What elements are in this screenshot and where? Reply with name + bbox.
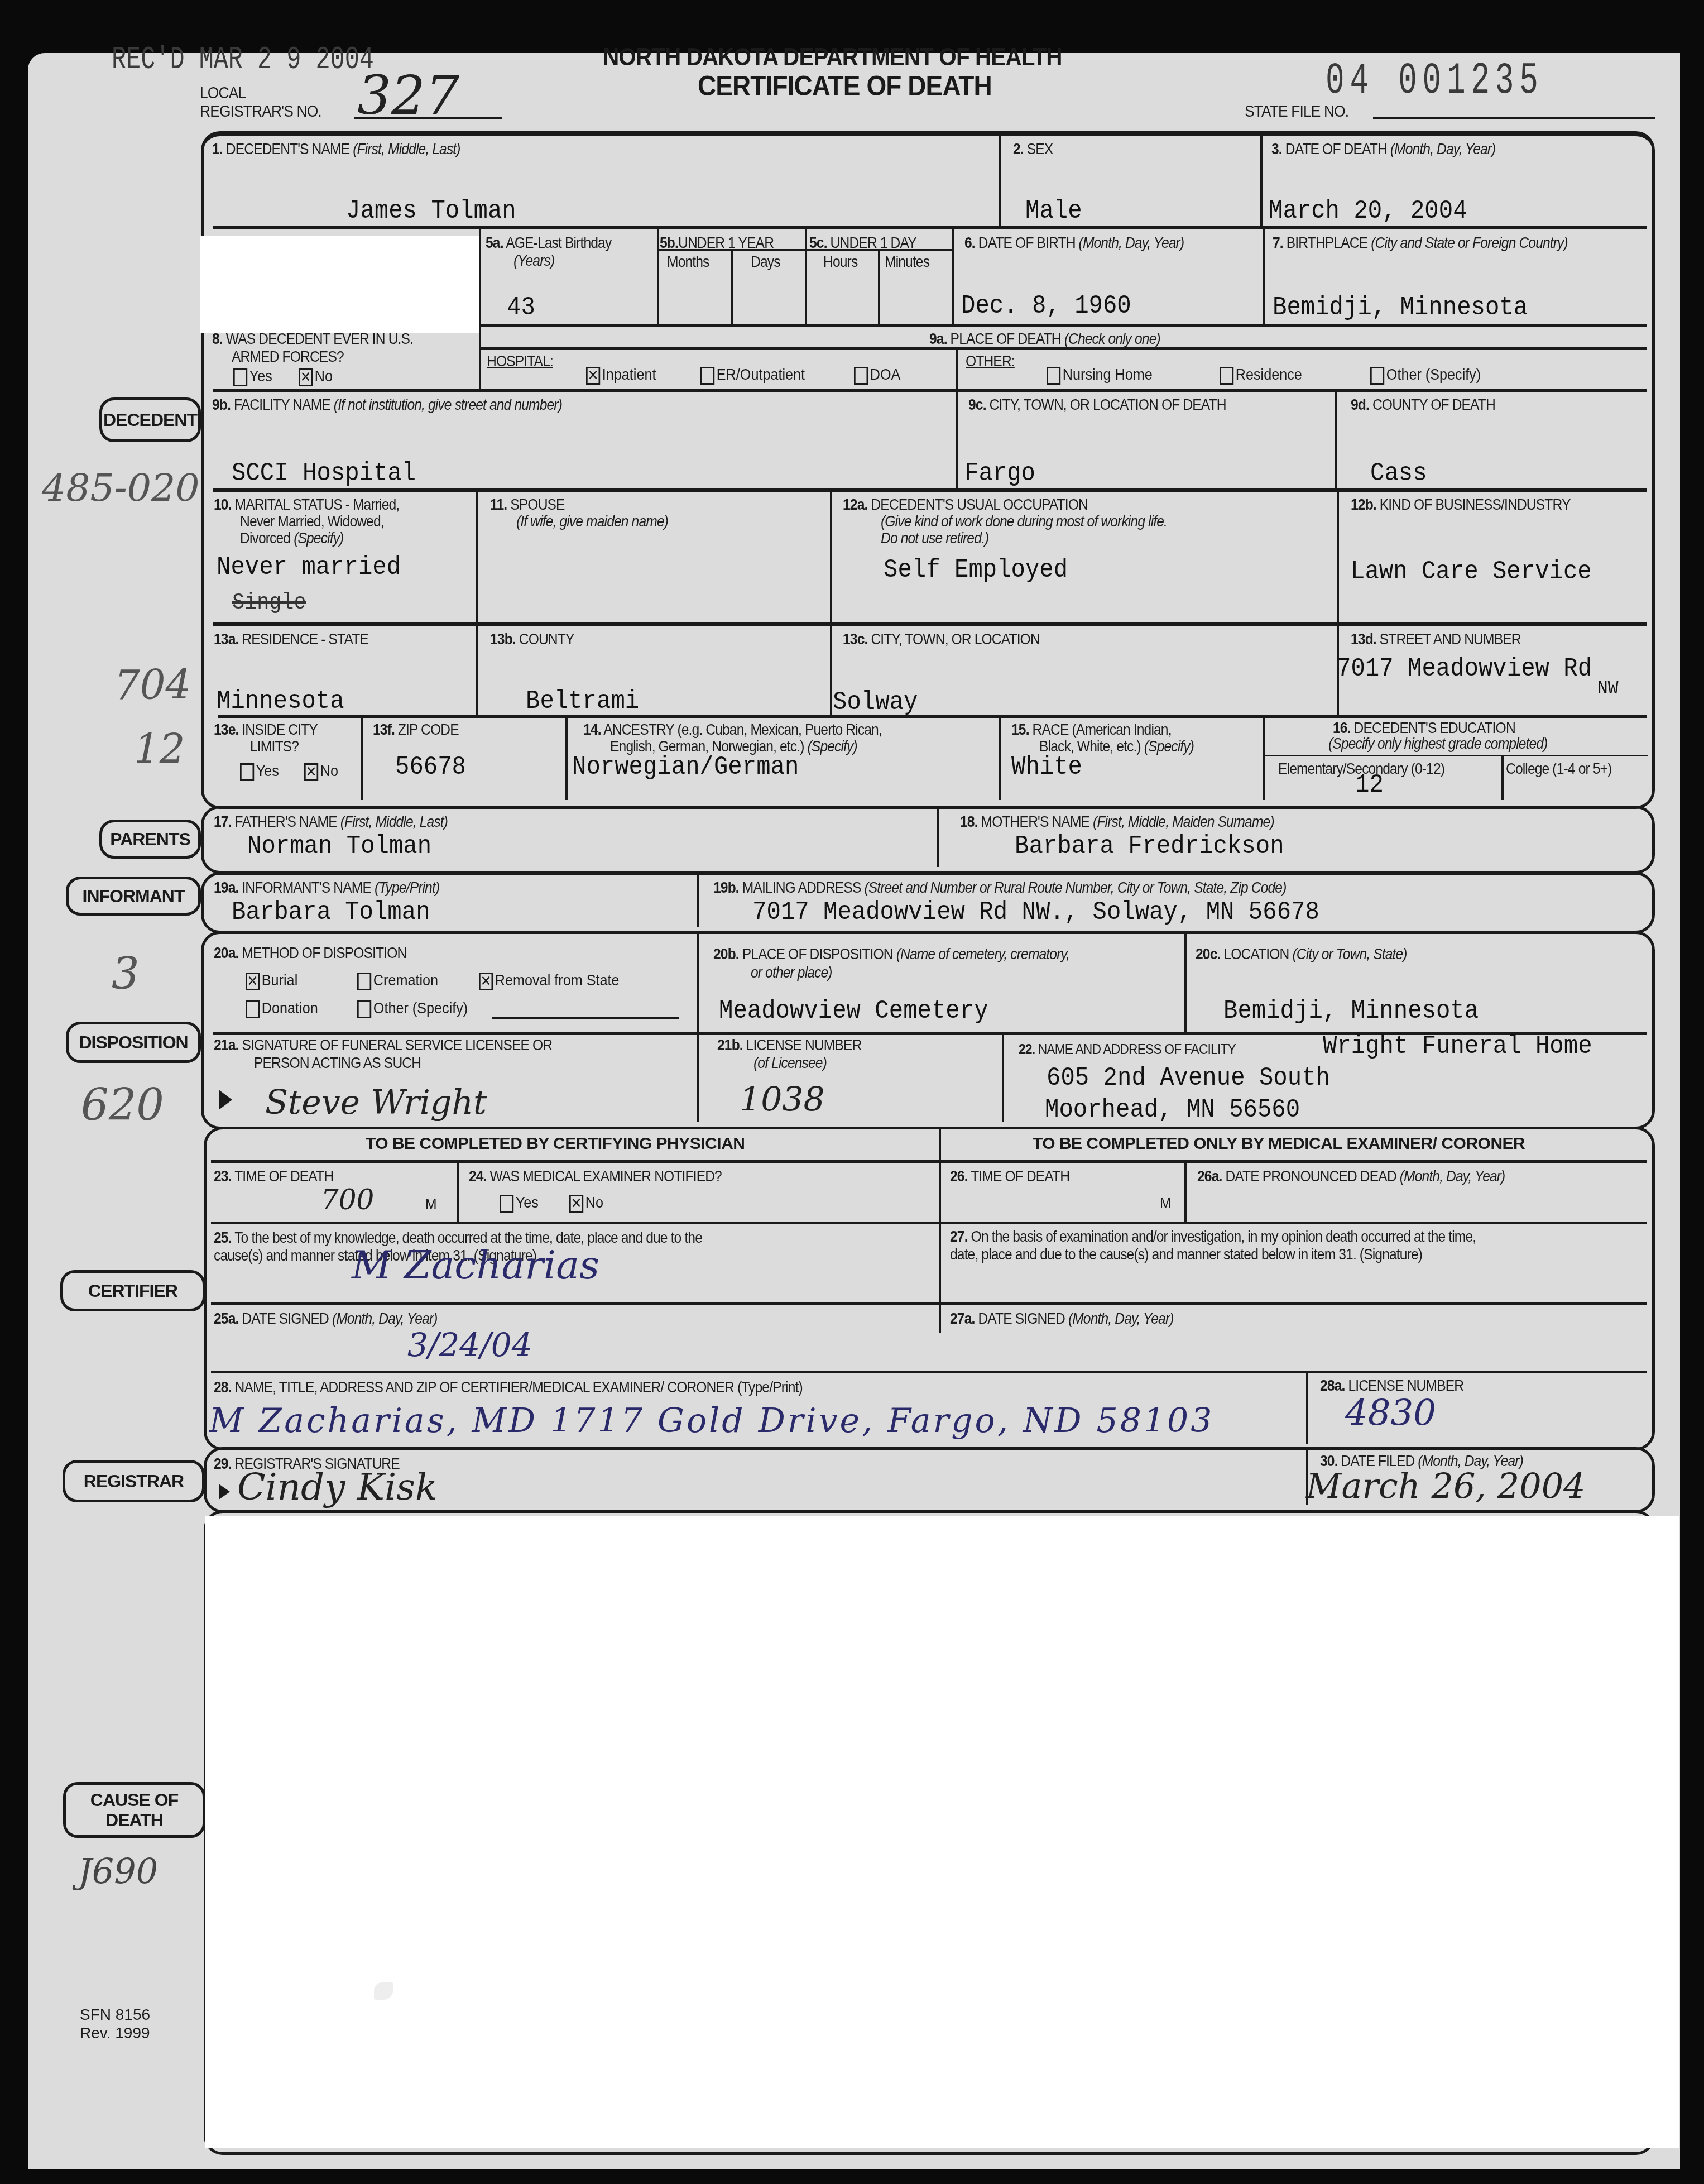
divider — [937, 808, 939, 867]
me-time-suffix-m: M — [1160, 1194, 1171, 1213]
certificate-title: CERTIFICATE OF DEATH — [698, 70, 992, 102]
divider — [1263, 716, 1265, 800]
field-23-label: 23. TIME OF DEATH — [214, 1167, 333, 1186]
field-2-label: 2. SEX — [1013, 140, 1053, 159]
place-er-outpatient[interactable]: ER/Outpatient — [700, 366, 805, 385]
checkbox-icon — [1370, 367, 1384, 385]
business[interactable]: Lawn Care Service — [1351, 557, 1592, 586]
ancestry[interactable]: Norwegian/German — [572, 753, 799, 782]
education-college-label: College (1-4 or 5+) — [1506, 759, 1611, 778]
field-21a-label2: PERSON ACTING AS SUCH — [254, 1053, 421, 1072]
margin-note-disposition: 620 — [81, 1080, 164, 1131]
field-16-hint: (Specify only highest grade completed) — [1328, 734, 1548, 753]
field-5b-label: 5b.UNDER 1 YEAR — [660, 233, 774, 252]
checked-checkbox-icon: ✕ — [246, 973, 260, 990]
divider — [479, 324, 1647, 327]
field-13c-label: 13c. CITY, TOWN, OR LOCATION — [843, 630, 1040, 649]
field-20b-hint2: or other place) — [751, 963, 832, 982]
margin-note-residence-1: 704 — [114, 662, 191, 708]
tab-decedent: DECEDENT — [99, 397, 201, 442]
checkbox-icon — [1220, 367, 1233, 385]
field-11-hint: (If wife, give maiden name) — [516, 512, 668, 531]
checkbox-icon — [500, 1195, 513, 1213]
field-21a-label: 21a. SIGNATURE OF FUNERAL SERVICE LICENS… — [214, 1036, 552, 1055]
other-underline — [492, 1017, 679, 1019]
field-10-label3: Divorced (Specify) — [240, 529, 343, 548]
form-revision: Rev. 1999 — [80, 2024, 150, 2043]
divider — [697, 933, 699, 1122]
checkbox-icon — [246, 1000, 260, 1018]
field-13e-label: 13e. INSIDE CITY — [214, 720, 318, 739]
disposition-place[interactable]: Meadowview Cemetery — [719, 997, 988, 1026]
date-filed[interactable]: March 26, 2004 — [1306, 1465, 1586, 1506]
checked-checkbox-icon: ✕ — [299, 368, 313, 386]
divider — [952, 229, 954, 327]
facility-name-value[interactable]: Wright Funeral Home — [1323, 1032, 1592, 1061]
divider — [211, 1302, 1647, 1305]
divider — [361, 716, 363, 800]
local-registrar-underline — [354, 117, 502, 119]
certifier-name-address[interactable]: M Zacharias, MD 1717 Gold Drive, Fargo, … — [209, 1401, 1214, 1440]
checked-checkbox-icon: ✕ — [304, 763, 318, 781]
race[interactable]: White — [1011, 753, 1082, 782]
field-13e-label2: LIMITS? — [250, 737, 299, 756]
field-27-text2: date, place and due to the cause(s) and … — [950, 1245, 1422, 1264]
divider — [213, 622, 1647, 626]
field-9a-label: 9a. PLACE OF DEATH (Check only one) — [929, 329, 1160, 348]
minutes-label: Minutes — [885, 252, 929, 271]
field-14-label: 14. ANCESTRY (e.g. Cuban, Mexican, Puert… — [583, 720, 882, 739]
field-13d-label: 13d. STREET AND NUMBER — [1351, 630, 1521, 649]
residence-state[interactable]: Minnesota — [217, 687, 344, 716]
me-notified-yes[interactable]: Yes — [500, 1194, 539, 1213]
field-13a-label: 13a. RESIDENCE - STATE — [214, 630, 368, 649]
divider — [657, 229, 659, 327]
form-number: SFN 8156 — [80, 2005, 150, 2024]
disposition-burial[interactable]: ✕Burial — [246, 971, 297, 990]
checkbox-icon — [240, 763, 254, 781]
field-11-label: 11. SPOUSE — [490, 495, 565, 514]
armed-forces-no[interactable]: ✕No — [299, 367, 333, 386]
informant-address[interactable]: 7017 Meadowview Rd NW., Solway, MN 56678 — [752, 898, 1319, 927]
tab-disposition: DISPOSITION — [66, 1022, 201, 1063]
field-5a-hint: (Years) — [513, 251, 554, 270]
divider — [1260, 135, 1263, 227]
field-5a-label: 5a. AGE-Last Birthday — [486, 233, 611, 252]
facility-address-line3[interactable]: Moorhead, MN 56560 — [1045, 1095, 1300, 1124]
field-12a-hint: (Give kind of work done during most of w… — [881, 512, 1167, 531]
divider — [1184, 1162, 1187, 1223]
field-7-label: 7. BIRTHPLACE (City and State or Foreign… — [1273, 233, 1568, 252]
place-doa[interactable]: DOA — [854, 366, 900, 385]
inside-city-no[interactable]: ✕No — [304, 762, 338, 781]
margin-note-residence-2: 12 — [134, 726, 185, 773]
funeral-license-number[interactable]: 1038 — [740, 1080, 825, 1119]
armed-forces-yes[interactable]: Yes — [233, 367, 272, 386]
registrar-signature[interactable]: Cindy Kisk — [237, 1465, 438, 1508]
days-label: Days — [751, 252, 780, 271]
field-21b-hint: (of Licensee) — [753, 1053, 827, 1072]
state-file-number: 04 001235 — [1326, 56, 1544, 107]
divider — [999, 716, 1001, 800]
decedent-sex[interactable]: Male — [1025, 197, 1082, 226]
tab-cause-of-death: CAUSE OF DEATH — [63, 1782, 205, 1838]
divider — [1263, 755, 1648, 756]
months-label: Months — [667, 252, 709, 271]
field-9b-label: 9b. FACILITY NAME (If not institution, g… — [212, 395, 562, 414]
tab-parents: PARENTS — [99, 820, 201, 859]
field-13f-label: 13f. ZIP CODE — [373, 720, 459, 739]
field-17-label: 17. FATHER'S NAME (First, Middle, Last) — [214, 812, 448, 831]
divider — [805, 229, 807, 327]
field-20a-label: 20a. METHOD OF DISPOSITION — [214, 943, 406, 962]
field-27a-label: 27a. DATE SIGNED (Month, Day, Year) — [950, 1309, 1174, 1328]
signature-arrow-icon — [219, 1484, 230, 1500]
divider — [1501, 756, 1504, 800]
divider — [218, 715, 1647, 718]
divider — [1184, 933, 1187, 1034]
disposition-location[interactable]: Bemidji, Minnesota — [1223, 997, 1479, 1026]
field-9d-label: 9d. COUNTY OF DEATH — [1351, 395, 1495, 414]
residence-street-suffix: NW — [1597, 674, 1619, 703]
tab-certifier: CERTIFIER — [60, 1270, 205, 1311]
divider — [1002, 1034, 1004, 1122]
divider — [1263, 229, 1265, 327]
disposition-removal[interactable]: ✕Removal from State — [479, 971, 619, 990]
divider — [956, 347, 958, 391]
field-8-label2: ARMED FORCES? — [232, 347, 344, 366]
field-10-label2: Never Married, Widowed, — [240, 512, 384, 531]
facility-name[interactable]: SCCI Hospital — [232, 459, 416, 488]
field-27-text: 27. On the basis of examination and/or i… — [950, 1227, 1476, 1246]
divider — [479, 324, 481, 391]
divider — [457, 1162, 459, 1223]
marital-status[interactable]: Never married — [217, 553, 401, 582]
decedent-name[interactable]: James Tolman — [346, 197, 516, 226]
local-registrar-label-1: LOCAL — [200, 84, 246, 103]
field-19b-label: 19b. MAILING ADDRESS (Street and Number … — [713, 878, 1286, 897]
county-of-death[interactable]: Cass — [1370, 459, 1427, 488]
field-5c-label: 5c. UNDER 1 DAY — [809, 233, 916, 252]
physician-date-signed[interactable]: 3/24/04 — [407, 1326, 532, 1364]
divider — [211, 1160, 1647, 1163]
field-12a-hint2: Do not use retired.) — [881, 529, 988, 548]
divider — [1306, 1372, 1308, 1444]
checkbox-icon — [357, 973, 371, 990]
divider — [565, 716, 568, 800]
facility-address-line2[interactable]: 605 2nd Avenue South — [1047, 1064, 1330, 1093]
city-of-death[interactable]: Fargo — [964, 459, 1035, 488]
cause-tab-line1: CAUSE OF — [90, 1790, 178, 1810]
checkbox-icon — [1047, 367, 1060, 385]
decedent-age[interactable]: 43 — [507, 293, 535, 322]
divider — [731, 251, 733, 327]
checked-checkbox-icon: ✕ — [586, 367, 600, 385]
field-28-label: 28. NAME, TITLE, ADDRESS AND ZIP OF CERT… — [214, 1378, 803, 1397]
field-9c-label: 9c. CITY, TOWN, OR LOCATION OF DEATH — [968, 395, 1226, 414]
field-12a-label: 12a. DECEDENT'S USUAL OCCUPATION — [843, 495, 1088, 514]
margin-note-decedent: 485-020 — [42, 466, 200, 510]
physician-time-of-death[interactable]: 700 — [321, 1184, 374, 1216]
divider — [476, 624, 478, 716]
field-10-label: 10. MARITAL STATUS - Married, — [214, 495, 399, 514]
signature-arrow-icon — [219, 1090, 232, 1110]
divider — [830, 490, 832, 624]
field-12b-label: 12b. KIND OF BUSINESS/INDUSTRY — [1351, 495, 1570, 514]
divider — [211, 1371, 1647, 1373]
ssn-redaction — [200, 236, 479, 333]
examiner-heading: TO BE COMPLETED ONLY BY MEDICAL EXAMINER… — [1033, 1134, 1525, 1153]
checked-checkbox-icon: ✕ — [479, 973, 493, 990]
other-label: OTHER: — [966, 352, 1015, 371]
place-residence[interactable]: Residence — [1220, 366, 1302, 385]
divider — [1337, 490, 1339, 624]
place-other[interactable]: Other (Specify) — [1370, 366, 1481, 385]
checked-checkbox-icon: ✕ — [569, 1195, 583, 1213]
residence-county[interactable]: Beltrami — [526, 687, 639, 716]
department-title: NORTH DAKOTA DEPARTMENT OF HEALTH — [603, 44, 1062, 71]
divider — [878, 251, 880, 327]
field-26a-label: 26a. DATE PRONOUNCED DEAD (Month, Day, Y… — [1197, 1167, 1505, 1186]
divider — [830, 624, 832, 716]
place-inpatient[interactable]: ✕Inpatient — [586, 366, 656, 385]
disposition-other[interactable]: Other (Specify) — [357, 999, 468, 1018]
local-registrar-label-2: REGISTRAR'S NO. — [200, 102, 321, 121]
divider — [999, 135, 1001, 227]
divider — [213, 389, 1647, 392]
marital-status-struck: Single — [232, 589, 306, 618]
residence-street[interactable]: 7017 Meadowview Rd — [1337, 654, 1592, 683]
physician-heading: TO BE COMPLETED BY CERTIFYING PHYSICIAN — [366, 1134, 745, 1153]
field-6-label: 6. DATE OF BIRTH (Month, Day, Year) — [964, 233, 1184, 252]
divider — [213, 488, 1647, 492]
disposition-cremation[interactable]: Cremation — [357, 971, 438, 990]
field-1-label: 1. DECEDENT'S NAME (First, Middle, Last) — [212, 140, 460, 159]
cause-of-death-redaction — [205, 1516, 1679, 2148]
field-24-label: 24. WAS MEDICAL EXAMINER NOTIFIED? — [469, 1167, 722, 1186]
checkbox-icon — [357, 1000, 371, 1018]
divider — [211, 1222, 1647, 1224]
field-22-label: 22. NAME AND ADDRESS OF FACILITY — [1019, 1040, 1236, 1059]
checkbox-icon — [854, 367, 868, 385]
field-19a-label: 19a. INFORMANT'S NAME (Type/Print) — [214, 878, 439, 897]
residence-city[interactable]: Solway — [833, 688, 918, 717]
margin-note-informant: 3 — [112, 949, 140, 999]
mother-name[interactable]: Barbara Fredrickson — [1015, 832, 1284, 861]
place-nursing-home[interactable]: Nursing Home — [1047, 366, 1153, 385]
field-26-label: 26. TIME OF DEATH — [950, 1167, 1069, 1186]
me-notified-no[interactable]: ✕No — [569, 1194, 603, 1213]
field-20b-label: 20b. PLACE OF DISPOSITION (Name of cemet… — [713, 945, 1069, 964]
date-of-death[interactable]: March 20, 2004 — [1269, 197, 1467, 226]
field-13b-label: 13b. COUNTY — [490, 630, 574, 649]
divider — [479, 347, 1647, 350]
state-file-label: STATE FILE NO. — [1245, 102, 1348, 121]
received-stamp: REC'D MAR 2 9 2004 — [112, 42, 374, 78]
tab-registrar: REGISTRAR — [63, 1460, 205, 1502]
field-3-label: 3. DATE OF DEATH (Month, Day, Year) — [1271, 140, 1495, 159]
education-grade[interactable]: 12 — [1355, 770, 1384, 799]
field-28a-label: 28a. LICENSE NUMBER — [1320, 1376, 1463, 1395]
field-21b-label: 21b. LICENSE NUMBER — [717, 1036, 862, 1055]
hospital-label: HOSPITAL: — [487, 352, 553, 371]
time-suffix-m: M — [425, 1195, 436, 1214]
occupation[interactable]: Self Employed — [884, 555, 1068, 585]
field-15-label: 15. RACE (American Indian, — [1011, 720, 1172, 739]
field-25a-label: 25a. DATE SIGNED (Month, Day, Year) — [214, 1309, 438, 1328]
divider — [479, 229, 481, 327]
divider — [956, 391, 958, 491]
divider — [1335, 391, 1337, 491]
cause-tab-line2: DEATH — [105, 1810, 163, 1830]
funeral-licensee-signature[interactable]: Steve Wright — [265, 1083, 487, 1122]
hours-label: Hours — [823, 252, 857, 271]
field-20c-label: 20c. LOCATION (City or Town, State) — [1196, 945, 1407, 964]
tab-informant: INFORMANT — [66, 877, 201, 916]
physician-signature[interactable]: M Zacharias — [352, 1242, 599, 1288]
state-file-underline — [1373, 117, 1655, 119]
date-of-birth[interactable]: Dec. 8, 1960 — [961, 291, 1131, 320]
field-8-label: 8. WAS DECEDENT EVER IN U.S. — [212, 329, 413, 348]
checkbox-icon — [700, 367, 714, 385]
divider — [213, 226, 1647, 229]
informant-name[interactable]: Barbara Tolman — [232, 898, 430, 927]
father-name[interactable]: Norman Tolman — [247, 832, 431, 861]
disposition-donation[interactable]: Donation — [246, 999, 318, 1018]
inside-city-yes[interactable]: Yes — [240, 762, 279, 781]
margin-note-cause: J690 — [78, 1851, 158, 1891]
divider — [697, 874, 699, 927]
checkbox-icon — [233, 368, 247, 386]
field-18-label: 18. MOTHER'S NAME (First, Middle, Maiden… — [960, 812, 1274, 831]
divider — [476, 490, 478, 624]
residence-zip[interactable]: 56678 — [395, 753, 466, 782]
certifier-license-number[interactable]: 4830 — [1345, 1393, 1436, 1434]
leaf-icon — [374, 1982, 393, 2000]
birthplace[interactable]: Bemidji, Minnesota — [1273, 293, 1528, 322]
